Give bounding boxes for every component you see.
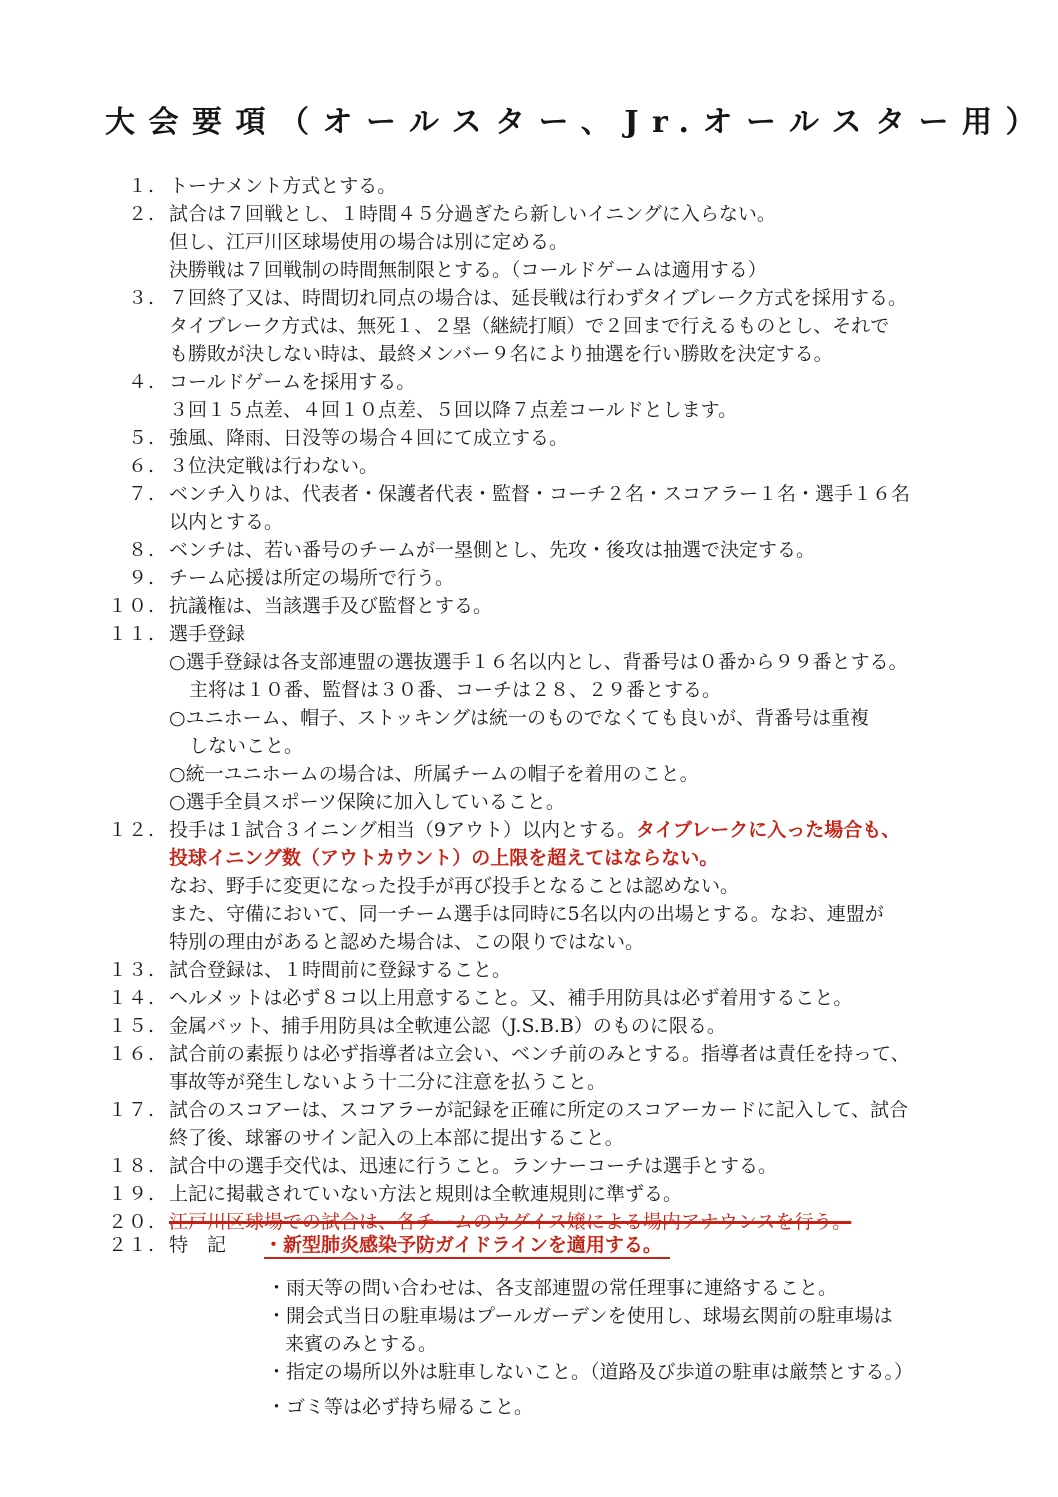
item-number: １６.: [95, 1040, 169, 1068]
line-text: ７回終了又は、時間切れ同点の場合は、延長戦は行わずタイブレーク方式を採用する。: [169, 284, 1003, 312]
text-segment: 試合は７回戦とし、１時間４５分過ぎたら新しいイニングに入らない。: [169, 203, 776, 225]
text-segment: 試合中の選手交代は、迅速に行うこと。ランナーコーチは選手とする。: [169, 1155, 777, 1177]
line-text: ・雨天等の問い合わせは、各支部連盟の常任理事に連絡すること。: [169, 1274, 1003, 1302]
line-text: 決勝戦は７回戦制の時間無制限とする。（コールドゲームは適用する）: [169, 256, 1003, 284]
document-line: １０.抗議権は、当該選手及び監督とする。: [95, 592, 1003, 620]
document-title: 大会要項（オールスター、Jr.オールスター用）: [105, 97, 1003, 141]
document-line: ・ゴミ等は必ず持ち帰ること。: [95, 1393, 1003, 1421]
line-text: 投手は１試合３イニング相当（9アウト）以内とする。タイブレークに入った場合も、: [169, 816, 1003, 844]
line-text: なお、野手に変更になった投手が再び投手となることは認めない。: [169, 872, 1003, 900]
document-line: １７.試合のスコアーは、スコアラーが記録を正確に所定のスコアーカードに記入して、…: [95, 1096, 1003, 1124]
text-segment: 以内とする。: [169, 511, 283, 533]
line-text: 選手登録: [169, 620, 1003, 648]
item-number: ８.: [95, 536, 169, 564]
text-segment: ベンチは、若い番号のチームが一塁側とし、先攻・後攻は抽選で決定する。: [169, 539, 815, 561]
text-segment: ７回終了又は、時間切れ同点の場合は、延長戦は行わずタイブレーク方式を採用する。: [169, 287, 907, 309]
item-number: １８.: [95, 1152, 169, 1180]
document-line: 特別の理由があると認めた場合は、この限りではない。: [95, 928, 1003, 956]
document-line: ・指定の場所以外は駐車しないこと。（道路及び歩道の駐車は厳禁とする。）: [95, 1358, 1003, 1386]
text-segment: も勝敗が決しない時は、最終メンバー９名により抽選を行い勝敗を決定する。: [169, 343, 833, 365]
line-text: 金属バット、捕手用防具は全軟連公認（J.S.B.B）のものに限る。: [169, 1012, 1003, 1040]
line-text: も勝敗が決しない時は、最終メンバー９名により抽選を行い勝敗を決定する。: [169, 340, 1003, 368]
text-segment: ○ユニホーム、帽子、ストッキングは統一のものでなくても良いが、背番号は重複: [169, 707, 869, 729]
text-segment: 強風、降雨、日没等の場合４回にて成立する。: [169, 427, 568, 449]
text-segment: ○統一ユニホームの場合は、所属チームの帽子を着用のこと。: [169, 763, 699, 785]
document-line: ８.ベンチは、若い番号のチームが一塁側とし、先攻・後攻は抽選で決定する。: [95, 536, 1003, 564]
document-line: ２１.特 記 ・新型肺炎感染予防ガイドラインを適用する。: [95, 1231, 1003, 1259]
document-line: ・雨天等の問い合わせは、各支部連盟の常任理事に連絡すること。: [95, 1274, 1003, 1302]
document-line: １８.試合中の選手交代は、迅速に行うこと。ランナーコーチは選手とする。: [95, 1152, 1003, 1180]
text-segment: 来賓のみとする。: [285, 1333, 437, 1355]
line-text: ○選手登録は各支部連盟の選抜選手１６名以内とし、背番号は０番から９９番とする。: [169, 648, 1003, 676]
text-segment: なお、野手に変更になった投手が再び投手となることは認めない。: [169, 875, 739, 897]
line-text: 来賓のみとする。: [169, 1330, 1003, 1358]
document-line: 来賓のみとする。: [95, 1330, 1003, 1358]
item-number: ４.: [95, 368, 169, 396]
line-text: ベンチは、若い番号のチームが一塁側とし、先攻・後攻は抽選で決定する。: [169, 536, 1003, 564]
line-text: チーム応援は所定の場所で行う。: [169, 564, 1003, 592]
item-number: １３.: [95, 956, 169, 984]
document-line: 終了後、球審のサイン記入の上本部に提出すること。: [95, 1124, 1003, 1152]
text-segment: トーナメント方式とする。: [169, 175, 396, 197]
document-line: 投球イニング数（アウトカウント）の上限を超えてはならない。: [95, 844, 1003, 872]
text-segment: ３位決定戦は行わない。: [169, 455, 378, 477]
text-segment: 上記に掲載されていない方法と規則は全軟連規則に準ずる。: [169, 1183, 682, 1205]
item-number: １４.: [95, 984, 169, 1012]
text-segment: チーム応援は所定の場所で行う。: [169, 567, 454, 589]
document-line: ７.ベンチ入りは、代表者・保護者代表・監督・コーチ２名・スコアラー１名・選手１６…: [95, 480, 1003, 508]
document-line: 決勝戦は７回戦制の時間無制限とする。（コールドゲームは適用する）: [95, 256, 1003, 284]
item-number: ６.: [95, 452, 169, 480]
document-line: １５.金属バット、捕手用防具は全軟連公認（J.S.B.B）のものに限る。: [95, 1012, 1003, 1040]
item-number: ３.: [95, 284, 169, 312]
document-line: １９.上記に掲載されていない方法と規則は全軟連規則に準ずる。: [95, 1180, 1003, 1208]
line-text: ○選手全員スポーツ保険に加入していること。: [169, 788, 1003, 816]
document-line: ４.コールドゲームを採用する。: [95, 368, 1003, 396]
document-line: １.トーナメント方式とする。: [95, 172, 1003, 200]
text-segment: ・開会式当日の駐車場はプールガーデンを使用し、球場玄関前の駐車場は: [267, 1305, 893, 1327]
document-line: タイブレーク方式は、無死１、２塁（継続打順）で２回まで行えるものとし、それで: [95, 312, 1003, 340]
text-segment: 金属バット、捕手用防具は全軟連公認（J.S.B.B）のものに限る。: [169, 1015, 726, 1037]
line-text: ３位決定戦は行わない。: [169, 452, 1003, 480]
text-segment: ○選手全員スポーツ保険に加入していること。: [169, 791, 565, 813]
document-line: ○統一ユニホームの場合は、所属チームの帽子を着用のこと。: [95, 760, 1003, 788]
line-text: 試合のスコアーは、スコアラーが記録を正確に所定のスコアーカードに記入して、試合: [169, 1096, 1003, 1124]
document-line: ・開会式当日の駐車場はプールガーデンを使用し、球場玄関前の駐車場は: [95, 1302, 1003, 1330]
line-text: トーナメント方式とする。: [169, 172, 1003, 200]
item-number: ９.: [95, 564, 169, 592]
text-segment: 選手登録: [169, 623, 245, 645]
item-number: １０.: [95, 592, 169, 620]
text-segment: ベンチ入りは、代表者・保護者代表・監督・コーチ２名・スコアラー１名・選手１６名: [169, 483, 910, 505]
item-number: ５.: [95, 424, 169, 452]
text-segment: 特 記: [169, 1234, 264, 1256]
document-line: 以内とする。: [95, 508, 1003, 536]
line-text: 事故等が発生しないよう十二分に注意を払うこと。: [169, 1068, 1003, 1096]
text-segment: また、守備において、同一チーム選手は同時に5名以内の出場とする。なお、連盟が: [169, 903, 884, 925]
text-segment: 投手は１試合３イニング相当（9アウト）以内とする。: [169, 819, 636, 841]
line-text: 特 記 ・新型肺炎感染予防ガイドラインを適用する。: [169, 1231, 1003, 1259]
line-text: 投球イニング数（アウトカウント）の上限を超えてはならない。: [169, 844, 1003, 872]
document-line: １３.試合登録は、１時間前に登録すること。: [95, 956, 1003, 984]
text-segment: ・指定の場所以外は駐車しないこと。（道路及び歩道の駐車は厳禁とする。）: [267, 1361, 913, 1383]
text-segment: 主将は１０番、監督は３０番、コーチは２８、２９番とする。: [189, 679, 721, 701]
line-text: 上記に掲載されていない方法と規則は全軟連規則に準ずる。: [169, 1180, 1003, 1208]
line-text: 特別の理由があると認めた場合は、この限りではない。: [169, 928, 1003, 956]
document-line: ○選手全員スポーツ保険に加入していること。: [95, 788, 1003, 816]
text-segment: ・新型肺炎感染予防ガイドラインを適用する。: [264, 1234, 670, 1259]
line-text: 但し、江戸川区球場使用の場合は別に定める。: [169, 228, 1003, 256]
document-line: １２.投手は１試合３イニング相当（9アウト）以内とする。タイブレークに入った場合…: [95, 816, 1003, 844]
document-line: ３回１５点差、４回１０点差、５回以降７点差コールドとします。: [95, 396, 1003, 424]
line-text: 主将は１０番、監督は３０番、コーチは２８、２９番とする。: [169, 676, 1003, 704]
document-line: 事故等が発生しないよう十二分に注意を払うこと。: [95, 1068, 1003, 1096]
document-line: また、守備において、同一チーム選手は同時に5名以内の出場とする。なお、連盟が: [95, 900, 1003, 928]
document-line: １１.選手登録: [95, 620, 1003, 648]
item-number: １７.: [95, 1096, 169, 1124]
text-segment: タイブレーク方式は、無死１、２塁（継続打順）で２回まで行えるものとし、それで: [169, 315, 889, 337]
item-number: ２１.: [95, 1231, 169, 1259]
text-segment: ・ゴミ等は必ず持ち帰ること。: [267, 1396, 533, 1418]
document-line: なお、野手に変更になった投手が再び投手となることは認めない。: [95, 872, 1003, 900]
line-text: ○統一ユニホームの場合は、所属チームの帽子を着用のこと。: [169, 760, 1003, 788]
document-line: ６.３位決定戦は行わない。: [95, 452, 1003, 480]
line-text: 試合は７回戦とし、１時間４５分過ぎたら新しいイニングに入らない。: [169, 200, 1003, 228]
text-segment: ○選手登録は各支部連盟の選抜選手１６名以内とし、背番号は０番から９９番とする。: [169, 651, 908, 673]
item-number: １.: [95, 172, 169, 200]
text-segment: 試合前の素振りは必ず指導者は立会い、ベンチ前のみとする。指導者は責任を持って、: [169, 1043, 910, 1065]
line-text: ・ゴミ等は必ず持ち帰ること。: [169, 1393, 1003, 1421]
document-line: 但し、江戸川区球場使用の場合は別に定める。: [95, 228, 1003, 256]
line-text: 以内とする。: [169, 508, 1003, 536]
line-text: 抗議権は、当該選手及び監督とする。: [169, 592, 1003, 620]
text-segment: ヘルメットは必ず８コ以上用意すること。又、補手用防具は必ず着用すること。: [169, 987, 852, 1009]
text-segment: 決勝戦は７回戦制の時間無制限とする。（コールドゲームは適用する）: [169, 259, 767, 281]
document-line: ９.チーム応援は所定の場所で行う。: [95, 564, 1003, 592]
text-segment: 特別の理由があると認めた場合は、この限りではない。: [169, 931, 644, 953]
text-segment: 抗議権は、当該選手及び監督とする。: [169, 595, 492, 617]
text-segment: 投球イニング数（アウトカウント）の上限を超えてはならない。: [169, 847, 718, 869]
text-segment: 試合登録は、１時間前に登録すること。: [169, 959, 511, 981]
document-line: １６.試合前の素振りは必ず指導者は立会い、ベンチ前のみとする。指導者は責任を持っ…: [95, 1040, 1003, 1068]
line-text: 試合前の素振りは必ず指導者は立会い、ベンチ前のみとする。指導者は責任を持って、: [169, 1040, 1003, 1068]
line-text: ・指定の場所以外は駐車しないこと。（道路及び歩道の駐車は厳禁とする。）: [169, 1358, 1003, 1386]
text-segment: 試合のスコアーは、スコアラーが記録を正確に所定のスコアーカードに記入して、試合: [169, 1099, 908, 1121]
item-number: １１.: [95, 620, 169, 648]
document-body: １.トーナメント方式とする。２.試合は７回戦とし、１時間４５分過ぎたら新しいイニ…: [95, 172, 1003, 1421]
document-line: ３.７回終了又は、時間切れ同点の場合は、延長戦は行わずタイブレーク方式を採用する…: [95, 284, 1003, 312]
text-segment: ・雨天等の問い合わせは、各支部連盟の常任理事に連絡すること。: [267, 1277, 837, 1299]
text-segment: 江戸川区球場での試合は、各チームのウグイス嬢による場内アナウンスを行う。: [169, 1211, 863, 1233]
line-text: 終了後、球審のサイン記入の上本部に提出すること。: [169, 1124, 1003, 1152]
item-number: １５.: [95, 1012, 169, 1040]
line-text: コールドゲームを採用する。: [169, 368, 1003, 396]
text-segment: 終了後、球審のサイン記入の上本部に提出すること。: [169, 1127, 624, 1149]
text-segment: 但し、江戸川区球場使用の場合は別に定める。: [169, 231, 568, 253]
document-line: しないこと。: [95, 732, 1003, 760]
item-number: ７.: [95, 480, 169, 508]
document-line: ○ユニホーム、帽子、ストッキングは統一のものでなくても良いが、背番号は重複: [95, 704, 1003, 732]
line-text: ○ユニホーム、帽子、ストッキングは統一のものでなくても良いが、背番号は重複: [169, 704, 1003, 732]
line-text: 強風、降雨、日没等の場合４回にて成立する。: [169, 424, 1003, 452]
line-text: また、守備において、同一チーム選手は同時に5名以内の出場とする。なお、連盟が: [169, 900, 1003, 928]
item-number: ２.: [95, 200, 169, 228]
document-line: も勝敗が決しない時は、最終メンバー９名により抽選を行い勝敗を決定する。: [95, 340, 1003, 368]
line-text: しないこと。: [169, 732, 1003, 760]
text-segment: タイブレークに入った場合も、: [636, 819, 900, 841]
text-segment: コールドゲームを採用する。: [169, 371, 415, 393]
line-text: タイブレーク方式は、無死１、２塁（継続打順）で２回まで行えるものとし、それで: [169, 312, 1003, 340]
item-number: １２.: [95, 816, 169, 844]
document-line: １４.ヘルメットは必ず８コ以上用意すること。又、補手用防具は必ず着用すること。: [95, 984, 1003, 1012]
document-line: ５.強風、降雨、日没等の場合４回にて成立する。: [95, 424, 1003, 452]
text-segment: 事故等が発生しないよう十二分に注意を払うこと。: [169, 1071, 606, 1093]
item-number: １９.: [95, 1180, 169, 1208]
text-segment: しないこと。: [189, 735, 303, 757]
document-line: 主将は１０番、監督は３０番、コーチは２８、２９番とする。: [95, 676, 1003, 704]
document-line: ２.試合は７回戦とし、１時間４５分過ぎたら新しいイニングに入らない。: [95, 200, 1003, 228]
document-line: ○選手登録は各支部連盟の選抜選手１６名以内とし、背番号は０番から９９番とする。: [95, 648, 1003, 676]
document-page: 大会要項（オールスター、Jr.オールスター用） １.トーナメント方式とする。２.…: [0, 0, 1058, 1497]
text-segment: ３回１５点差、４回１０点差、５回以降７点差コールドとします。: [169, 399, 737, 421]
line-text: ・開会式当日の駐車場はプールガーデンを使用し、球場玄関前の駐車場は: [169, 1302, 1003, 1330]
line-text: 試合登録は、１時間前に登録すること。: [169, 956, 1003, 984]
line-text: 試合中の選手交代は、迅速に行うこと。ランナーコーチは選手とする。: [169, 1152, 1003, 1180]
line-text: ベンチ入りは、代表者・保護者代表・監督・コーチ２名・スコアラー１名・選手１６名: [169, 480, 1003, 508]
line-text: ヘルメットは必ず８コ以上用意すること。又、補手用防具は必ず着用すること。: [169, 984, 1003, 1012]
line-text: ３回１５点差、４回１０点差、５回以降７点差コールドとします。: [169, 396, 1003, 424]
